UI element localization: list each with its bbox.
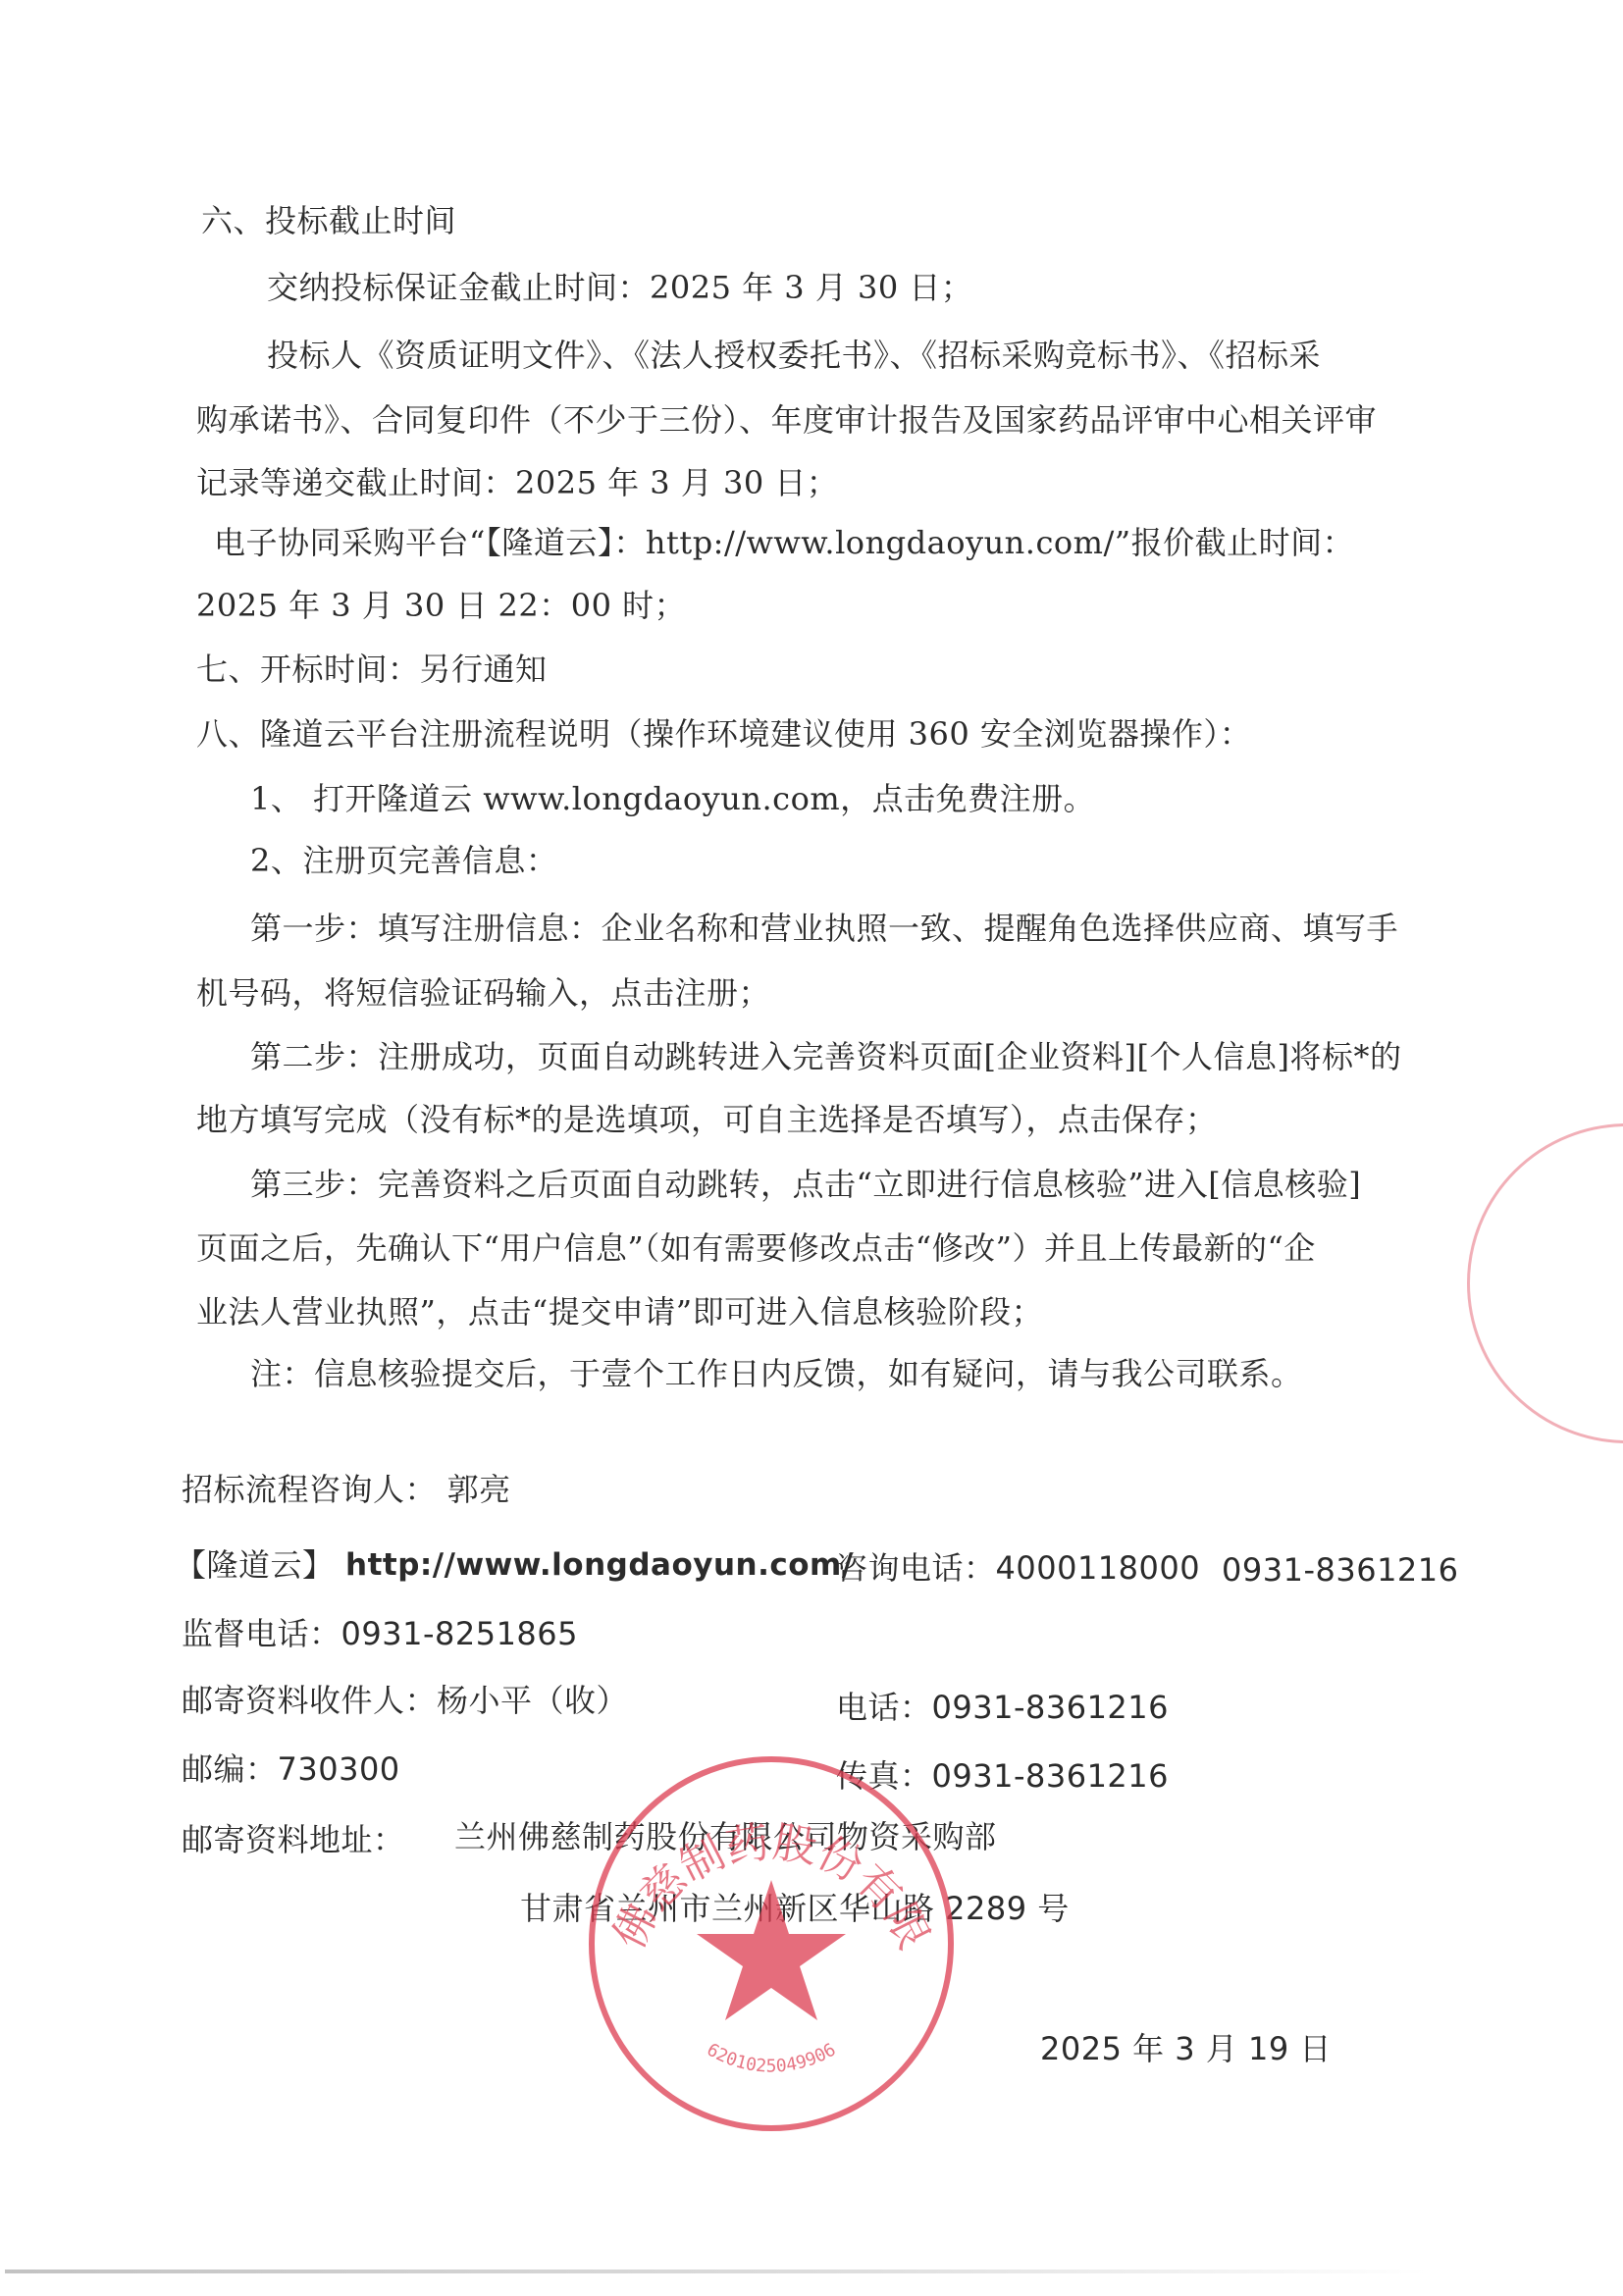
scan-edge-line xyxy=(5,2270,1428,2273)
step3-line-3: 业法人营业执照”，点击“提交申请”即可进入信息核验阶段； xyxy=(196,1292,1043,1331)
step2-line-1: 第二步：注册成功，页面自动跳转进入完善资料页面[企业资料][个人信息]将标*的 xyxy=(250,1037,1401,1076)
postcode: 邮编：730300 xyxy=(182,1749,400,1789)
platform-deadline-line-1: 电子协同采购平台“【隆道云】：http://www.longdaoyun.com… xyxy=(214,523,1354,562)
section8-heading: 八、隆道云平台注册流程说明（操作环境建议使用 360 安全浏览器操作）： xyxy=(196,714,1251,754)
docs-line-2: 购承诺书》、合同复印件（不少于三份）、年度审计报告及国家药品评审中心相关评审 xyxy=(196,400,1377,440)
register-step-item-2: 2、注册页完善信息： xyxy=(250,841,557,880)
address-line-1: 兰州佛慈制药股份有限公司物资采购部 xyxy=(454,1817,997,1856)
svg-text:6201025049906: 6201025049906 xyxy=(704,2039,840,2076)
recipient: 邮寄资料收件人：杨小平（收） xyxy=(182,1681,628,1720)
step1-line-2: 机号码，将短信验证码输入，点击注册； xyxy=(196,973,770,1013)
docs-line-3: 记录等递交截止时间：2025 年 3 月 30 日； xyxy=(196,463,838,502)
company-seal: 兰州佛慈制药股份有限公司 6201025049906 xyxy=(589,1756,954,2131)
section7-heading: 七、开标时间：另行通知 xyxy=(196,650,548,689)
step3-line-2: 页面之后，先确认下“用户信息”（如有需要修改点击“修改”）并且上传最新的“企 xyxy=(196,1228,1316,1268)
address-label: 邮寄资料地址： xyxy=(182,1820,405,1859)
register-step-item-1: 1、 打开隆道云 www.longdaoyun.com，点击免费注册。 xyxy=(250,779,1095,818)
platform-label: 【隆道云】 xyxy=(175,1545,335,1585)
section6-heading: 六、投标截止时间 xyxy=(201,201,456,240)
platform-url-link[interactable]: http://www.longdaoyun.com/ xyxy=(345,1545,854,1585)
hotline-alt: 0931-8361216 xyxy=(1222,1550,1459,1590)
hotline: 咨询电话：4000118000 xyxy=(836,1548,1200,1588)
document-date: 2025 年 3 月 19 日 xyxy=(1040,2029,1332,2068)
step1-line-1: 第一步：填写注册信息：企业名称和营业执照一致、提醒角色选择供应商、填写手 xyxy=(250,909,1398,948)
consultant: 招标流程咨询人： 郭亮 xyxy=(182,1470,511,1509)
seal-code: 6201025049906 xyxy=(704,2039,840,2076)
step3-line-1: 第三步：完善资料之后页面自动跳转，点击“立即进行信息核验”进入[信息核验] xyxy=(250,1165,1361,1204)
address-line-2: 甘肃省兰州市兰州新区华山路 2289 号 xyxy=(520,1889,1070,1928)
step2-line-2: 地方填写完成（没有标*的是选填项，可自主选择是否填写），点击保存； xyxy=(196,1100,1218,1139)
recipient-phone: 电话：0931-8361216 xyxy=(836,1688,1169,1727)
platform-deadline-line-2: 2025 年 3 月 30 日 22：00 时； xyxy=(196,586,686,625)
partial-seal xyxy=(1467,1123,1623,1443)
supervision-phone: 监督电话：0931-8251865 xyxy=(182,1614,578,1653)
docs-line-1: 投标人《资质证明文件》、《法人授权委托书》、《招标采购竞标书》、《招标采 xyxy=(267,336,1321,375)
fax: 传真：0931-8361216 xyxy=(836,1756,1169,1796)
deposit-deadline: 交纳投标保证金截止时间：2025 年 3 月 30 日； xyxy=(267,268,972,307)
note: 注：信息核验提交后，于壹个工作日内反馈，如有疑问，请与我公司联系。 xyxy=(250,1354,1303,1393)
